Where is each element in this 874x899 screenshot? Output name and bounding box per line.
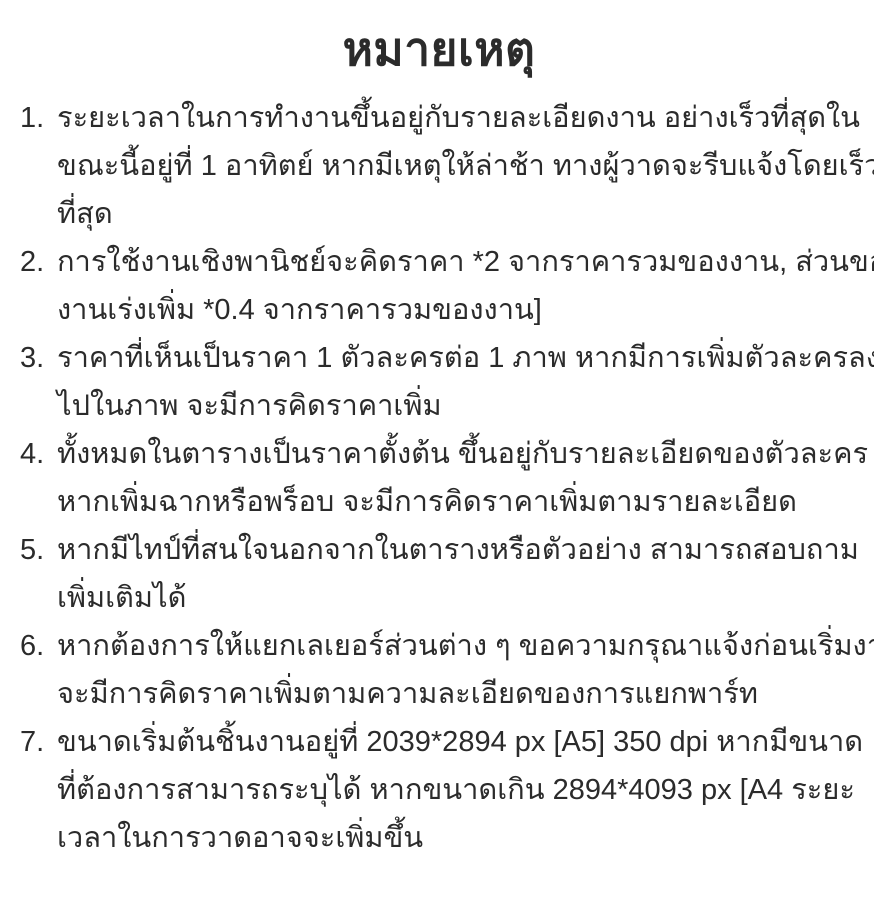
note-number: 4. <box>20 430 57 478</box>
note-line: หากมีไทป์ที่สนใจนอกจากในตารางหรือตัวอย่า… <box>57 526 858 574</box>
note-line: ขณะนี้อยู่ที่ 1 อาทิตย์ หากมีเหตุให้ล่าช… <box>57 142 858 190</box>
note-number: 6. <box>20 622 57 670</box>
page: { "page": { "background_color": "#ffffff… <box>0 0 874 899</box>
note-item-5: 5. หากมีไทป์ที่สนใจนอกจากในตารางหรือตัวอ… <box>20 526 858 622</box>
note-number: 2. <box>20 238 57 286</box>
note-line: จะมีการคิดราคาเพิ่มตามความละเอียดของการแ… <box>57 670 858 718</box>
note-item-4: 4. ทั้งหมดในตารางเป็นราคาตั้งต้น ขึ้นอยู… <box>20 430 858 526</box>
note-number: 5. <box>20 526 57 574</box>
note-line: ที่สุด <box>57 190 858 238</box>
note-item-2: 2. การใช้งานเชิงพานิชย์จะคิดราคา *2 จากร… <box>20 238 858 334</box>
note-text: การใช้งานเชิงพานิชย์จะคิดราคา *2 จากราคา… <box>57 238 858 334</box>
note-line: ระยะเวลาในการทำงานขึ้นอยู่กับรายละเอียดง… <box>57 94 858 142</box>
note-number: 3. <box>20 334 57 382</box>
note-line: ราคาที่เห็นเป็นราคา 1 ตัวละครต่อ 1 ภาพ ห… <box>57 334 858 382</box>
notes-list: 1. ระยะเวลาในการทำงานขึ้นอยู่กับรายละเอี… <box>20 94 858 862</box>
note-item-1: 1. ระยะเวลาในการทำงานขึ้นอยู่กับรายละเอี… <box>20 94 858 238</box>
note-line: ที่ต้องการสามารถระบุได้ หากขนาดเกิน 2894… <box>57 766 858 814</box>
note-text: ขนาดเริ่มต้นชิ้นงานอยู่ที่ 2039*2894 px … <box>57 718 858 862</box>
note-line: หากเพิ่มฉากหรือพร็อบ จะมีการคิดราคาเพิ่ม… <box>57 478 858 526</box>
note-number: 1. <box>20 94 57 142</box>
note-text: ราคาที่เห็นเป็นราคา 1 ตัวละครต่อ 1 ภาพ ห… <box>57 334 858 430</box>
note-item-7: 7. ขนาดเริ่มต้นชิ้นงานอยู่ที่ 2039*2894 … <box>20 718 858 862</box>
note-line: เพิ่มเติมได้ <box>57 574 858 622</box>
note-line: ไปในภาพ จะมีการคิดราคาเพิ่ม <box>57 382 858 430</box>
note-line: เวลาในการวาดอาจจะเพิ่มขึ้น <box>57 814 858 862</box>
note-line: งานเร่งเพิ่ม *0.4 จากราคารวมของงาน] <box>57 286 858 334</box>
note-text: ทั้งหมดในตารางเป็นราคาตั้งต้น ขึ้นอยู่กั… <box>57 430 858 526</box>
note-line: ขนาดเริ่มต้นชิ้นงานอยู่ที่ 2039*2894 px … <box>57 718 858 766</box>
note-line: การใช้งานเชิงพานิชย์จะคิดราคา *2 จากราคา… <box>57 238 858 286</box>
note-number: 7. <box>20 718 57 766</box>
note-item-6: 6. หากต้องการให้แยกเลเยอร์ส่วนต่าง ๆ ขอค… <box>20 622 858 718</box>
notes-document: หมายเหตุ 1. ระยะเวลาในการทำงานขึ้นอยู่กั… <box>0 0 874 899</box>
note-text: หากมีไทป์ที่สนใจนอกจากในตารางหรือตัวอย่า… <box>57 526 858 622</box>
note-text: หากต้องการให้แยกเลเยอร์ส่วนต่าง ๆ ขอความ… <box>57 622 858 718</box>
note-line: หากต้องการให้แยกเลเยอร์ส่วนต่าง ๆ ขอความ… <box>57 622 858 670</box>
note-item-3: 3. ราคาที่เห็นเป็นราคา 1 ตัวละครต่อ 1 ภา… <box>20 334 858 430</box>
note-line: ทั้งหมดในตารางเป็นราคาตั้งต้น ขึ้นอยู่กั… <box>57 430 858 478</box>
page-title: หมายเหตุ <box>20 18 858 80</box>
note-text: ระยะเวลาในการทำงานขึ้นอยู่กับรายละเอียดง… <box>57 94 858 238</box>
